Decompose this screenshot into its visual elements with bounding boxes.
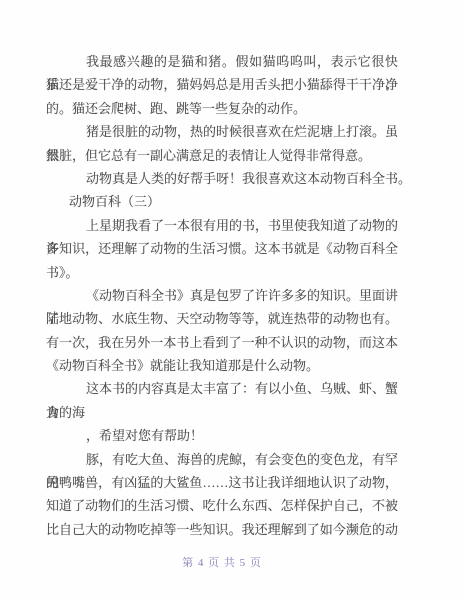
page-number: 第 4 页 共 5 页 [46,555,398,571]
text-line: 这本书的内容真是太丰富了：有以小鱼、乌贼、虾、蟹为 [46,377,398,400]
text-line: 书》。 [46,261,398,284]
text-line: 《动物百科全书》真是包罗了许许多多的知识。里面讲了 [46,284,398,307]
text-line: 食的海 [46,401,398,424]
essay-text-block: 我最感兴趣的是猫和猪。假如猫呜呜叫，表示它很快乐； 猫还是爱干净的动物，猫妈妈总… [46,50,398,541]
text-line: ，希望对您有帮助！ [46,424,398,447]
document-page: 我最感兴趣的是猫和猪。假如猫呜呜叫，表示它很快乐； 猫还是爱干净的动物，猫妈妈总… [0,0,463,600]
text-line: 我最感兴趣的是猫和猪。假如猫呜呜叫，表示它很快乐； [46,50,398,73]
text-line: 陆地动物、水底生物、天空动物等等，就连热带的动物也有。 [46,307,398,330]
text-line: 的鸭嘴兽，有凶猛的大鲨鱼……这书让我详细地认识了动物， [46,471,398,494]
text-line: 豚，有吃大鱼、海兽的虎鲸，有会变色的变色龙，有罕见 [46,448,398,471]
text-line: 上星期我看了一本很有用的书，书里使我知道了动物的许 [46,214,398,237]
text-line: 很脏，但它总有一副心满意足的表情让人觉得非常得意。 [46,144,398,167]
text-line: 猫还是爱干净的动物，猫妈妈总是用舌头把小猫舔得干干净净 [46,73,398,96]
text-line: 动物真是人类的好帮手呀！我很喜欢这本动物百科全书。 [46,167,398,190]
text-line: 比自己大的动物吃掉等一些知识。我还理解到了如今濒危的动 [46,518,398,541]
text-line: 多知识，还理解了动物的生活习惯。这本书就是《动物百科全 [46,237,398,260]
text-line: 的。猫还会爬树、跑、跳等一些复杂的动作。 [46,97,398,120]
text-line: 《动物百科全书》就能让我知道那是什么动物。 [46,354,398,377]
text-line: 猪是很脏的动物，热的时候很喜欢在烂泥塘上打滚。虽然 [46,120,398,143]
section-heading: 动物百科（三） [46,190,398,213]
text-line: 知道了动物们的生活习惯、吃什么东西、怎样保护自己，不被 [46,494,398,517]
text-line: 有一次，我在另外一本书上看到了一种不认识的动物，而这本 [46,331,398,354]
